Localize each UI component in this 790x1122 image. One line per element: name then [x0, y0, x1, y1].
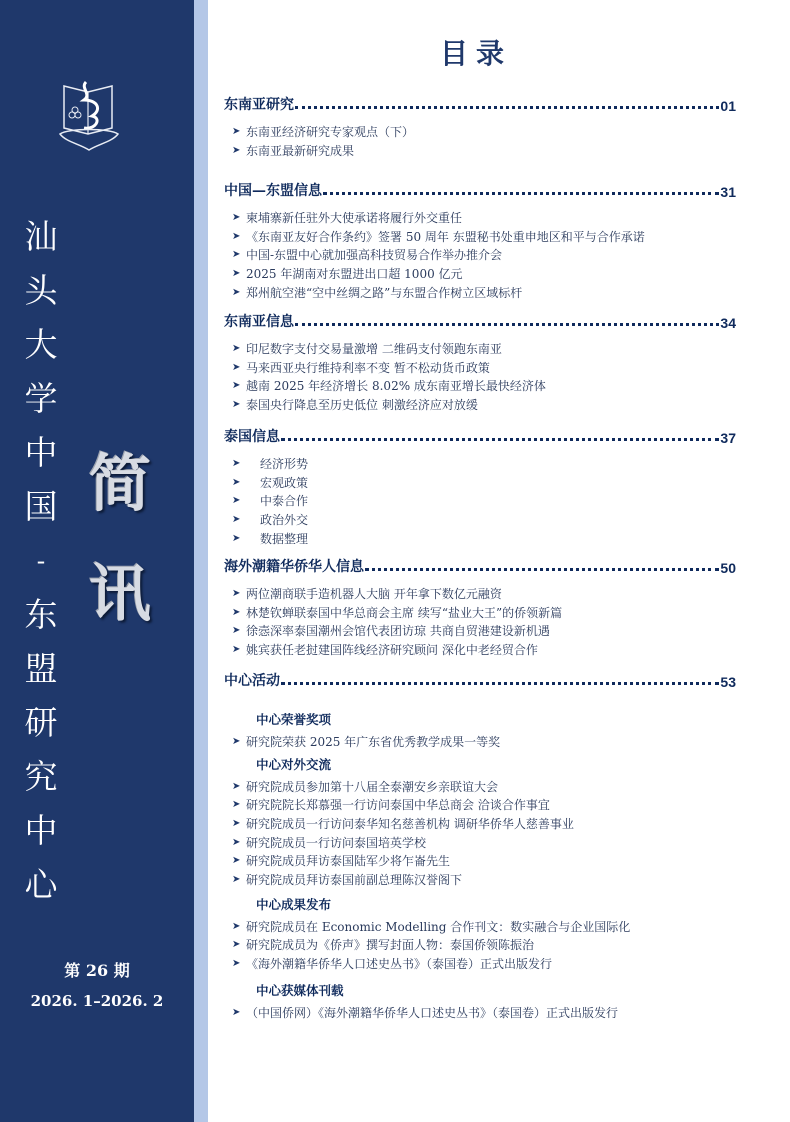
toc-item-label: 2025 年湖南对东盟进出口超 1000 亿元	[246, 265, 463, 282]
toc-item-label: 政治外交	[260, 511, 308, 528]
toc-item-label: 中泰合作	[260, 492, 308, 509]
arrowhead-bullet-icon: ➤	[232, 231, 246, 242]
toc-item-list: ➤（中国侨网）《海外潮籍华侨华人口述史丛书》（泰国卷）正式出版发行	[224, 1003, 736, 1022]
toc-item[interactable]: ➤研究院成员为《侨声》撰写封面人物：泰国侨领陈振治	[224, 936, 736, 955]
arrowhead-bullet-icon: ➤	[232, 855, 246, 866]
arrowhead-bullet-icon: ➤	[232, 644, 246, 655]
toc-item[interactable]: ➤马来西亚央行维持利率不变 暂不松动货币政策	[224, 358, 736, 377]
toc-item[interactable]: ➤印尼数字支付交易量激增 二维码支付领跑东南亚	[224, 339, 736, 358]
toc-item-label: 《东南亚友好合作条约》签署 50 周年 东盟秘书处重申地区和平与合作承诺	[246, 228, 645, 245]
toc-section-heading[interactable]: 中国—东盟信息31	[224, 180, 736, 200]
leader-dots	[281, 682, 719, 685]
vertical-char: 东	[25, 588, 58, 642]
toc-section-heading[interactable]: 中心活动53	[224, 670, 736, 690]
brief-char: 简	[89, 452, 151, 562]
toc-section: 泰国信息37➤经济形势➤宏观政策➤中泰合作➤政治外交➤数据整理	[224, 426, 736, 547]
vertical-char: 中	[25, 426, 58, 480]
toc-item-label: 研究院成员一行访问泰国培英学校	[246, 834, 426, 851]
toc-item-label: 研究院成员为《侨声》撰写封面人物：泰国侨领陈振治	[246, 936, 534, 953]
toc-item[interactable]: ➤宏观政策	[224, 473, 736, 492]
section-title: 东南亚研究	[224, 94, 294, 114]
vertical-char: 研	[25, 696, 58, 750]
university-crest-icon	[58, 78, 120, 152]
toc-item[interactable]: ➤经济形势	[224, 454, 736, 473]
arrowhead-bullet-icon: ➤	[232, 495, 260, 506]
section-title: 泰国信息	[224, 426, 280, 446]
toc-item-list: ➤两位潮商联手造机器人大脑 开年拿下数亿元融资➤林楚钦蝉联泰国中华总商会主席 续…	[224, 584, 736, 659]
toc-item[interactable]: ➤越南 2025 年经济增长 8.02% 成东南亚增长最快经济体	[224, 376, 736, 395]
leader-dots	[365, 568, 719, 571]
issue-date-range: 2026. 1–2026. 2	[0, 992, 194, 1010]
brief-char: 讯	[89, 562, 151, 672]
toc-item-label: 中国-东盟中心就加强高科技贸易合作举办推介会	[246, 246, 502, 263]
arrowhead-bullet-icon: ➤	[232, 145, 246, 156]
toc-item[interactable]: ➤研究院成员拜访泰国前副总理陈汉誉阁下	[224, 870, 736, 889]
arrowhead-bullet-icon: ➤	[232, 1007, 246, 1018]
toc-item-list: ➤柬埔寨新任驻外大使承诺将履行外交重任➤《东南亚友好合作条约》签署 50 周年 …	[224, 208, 736, 301]
leader-dots	[295, 323, 719, 326]
vertical-center-name: 汕 头 大 学 中 国 - 东 盟 研 究 中 心	[20, 210, 62, 912]
toc-item[interactable]: ➤东南亚经济研究专家观点（下）	[224, 122, 736, 141]
toc-item-list: ➤东南亚经济研究专家观点（下）➤东南亚最新研究成果	[224, 122, 736, 159]
toc-item-label: 徐悫深率泰国潮州会馆代表团访琼 共商自贸港建设新机遇	[246, 622, 550, 639]
toc-item-label: 研究院院长郑慕强一行访问泰国中华总商会 洽谈合作事宜	[246, 796, 550, 813]
toc-item[interactable]: ➤《海外潮籍华侨华人口述史丛书》（泰国卷）正式出版发行	[224, 954, 736, 973]
toc-section: 海外潮籍华侨华人信息50➤两位潮商联手造机器人大脑 开年拿下数亿元融资➤林楚钦蝉…	[224, 556, 736, 659]
arrowhead-bullet-icon: ➤	[232, 126, 246, 137]
arrowhead-bullet-icon: ➤	[232, 212, 246, 223]
vertical-char: 国	[25, 480, 58, 534]
arrowhead-bullet-icon: ➤	[232, 268, 246, 279]
toc-item[interactable]: ➤研究院成员一行访问泰华知名慈善机构 调研华侨华人慈善事业	[224, 814, 736, 833]
vertical-char: 大	[25, 318, 58, 372]
page-number: 34	[720, 315, 736, 331]
toc-section-heading[interactable]: 东南亚信息34	[224, 311, 736, 331]
toc-section: 中心活动53中心荣誉奖项➤研究院荣获 2025 年广东省优秀教学成果一等奖中心对…	[224, 670, 736, 1022]
toc-title: 目录	[440, 32, 512, 72]
arrowhead-bullet-icon: ➤	[232, 736, 246, 747]
vertical-char: 中	[25, 804, 58, 858]
vertical-char: 汕	[25, 210, 58, 264]
toc-item[interactable]: ➤中泰合作	[224, 491, 736, 510]
arrowhead-bullet-icon: ➤	[232, 818, 246, 829]
toc-item[interactable]: ➤研究院成员一行访问泰国培英学校	[224, 833, 736, 852]
toc-item[interactable]: ➤姚宾获任老挝建国阵线经济研究顾问 深化中老经贸合作	[224, 640, 736, 659]
arrowhead-bullet-icon: ➤	[232, 287, 246, 298]
section-title: 中心活动	[224, 670, 280, 690]
toc-item-label: 宏观政策	[260, 474, 308, 491]
toc-item[interactable]: ➤研究院成员拜访泰国陆军少将乍崙先生	[224, 851, 736, 870]
toc-item[interactable]: ➤（中国侨网）《海外潮籍华侨华人口述史丛书》（泰国卷）正式出版发行	[224, 1003, 736, 1022]
toc-item[interactable]: ➤数据整理	[224, 529, 736, 548]
toc-item[interactable]: ➤两位潮商联手造机器人大脑 开年拿下数亿元融资	[224, 584, 736, 603]
toc-item-label: 研究院成员参加第十八届全泰潮安乡亲联谊大会	[246, 778, 498, 795]
toc-item[interactable]: ➤东南亚最新研究成果	[224, 141, 736, 160]
page-number: 31	[720, 184, 736, 200]
arrowhead-bullet-icon: ➤	[232, 533, 260, 544]
toc-section-heading[interactable]: 海外潮籍华侨华人信息50	[224, 556, 736, 576]
page-number: 01	[720, 98, 736, 114]
toc-item-label: 东南亚最新研究成果	[246, 142, 354, 159]
arrowhead-bullet-icon: ➤	[232, 607, 246, 618]
toc-item-label: 柬埔寨新任驻外大使承诺将履行外交重任	[246, 209, 462, 226]
toc-item-label: 越南 2025 年经济增长 8.02% 成东南亚增长最快经济体	[246, 377, 546, 394]
toc-item-label: （中国侨网）《海外潮籍华侨华人口述史丛书》（泰国卷）正式出版发行	[246, 1004, 618, 1021]
arrowhead-bullet-icon: ➤	[232, 939, 246, 950]
arrowhead-bullet-icon: ➤	[232, 458, 260, 469]
toc-section: 中国—东盟信息31➤柬埔寨新任驻外大使承诺将履行外交重任➤《东南亚友好合作条约》…	[224, 180, 736, 301]
vertical-char: 头	[25, 264, 58, 318]
arrowhead-bullet-icon: ➤	[232, 625, 246, 636]
toc-item[interactable]: ➤郑州航空港“空中丝绸之路”与东盟合作树立区域标杆	[224, 283, 736, 302]
toc-item[interactable]: ➤研究院荣获 2025 年广东省优秀教学成果一等奖	[224, 732, 736, 751]
arrowhead-bullet-icon: ➤	[232, 362, 246, 373]
arrowhead-bullet-icon: ➤	[232, 249, 246, 260]
vertical-char: 学	[25, 372, 58, 426]
toc-item[interactable]: ➤研究院成员在 Economic Modelling 合作刊文：数实融合与企业国…	[224, 917, 736, 936]
page-number: 37	[720, 430, 736, 446]
arrowhead-bullet-icon: ➤	[232, 343, 246, 354]
toc-section: 东南亚研究01➤东南亚经济研究专家观点（下）➤东南亚最新研究成果	[224, 94, 736, 159]
toc-item-label: 郑州航空港“空中丝绸之路”与东盟合作树立区域标杆	[246, 284, 522, 301]
arrowhead-bullet-icon: ➤	[232, 837, 246, 848]
toc-item-list: ➤研究院成员参加第十八届全泰潮安乡亲联谊大会➤研究院院长郑慕强一行访问泰国中华总…	[224, 777, 736, 889]
toc-item[interactable]: ➤政治外交	[224, 510, 736, 529]
vertical-char: 究	[25, 750, 58, 804]
toc-section-heading[interactable]: 泰国信息37	[224, 426, 736, 446]
toc-item-label: 姚宾获任老挝建国阵线经济研究顾问 深化中老经贸合作	[246, 641, 538, 658]
toc-item-label: 研究院成员一行访问泰华知名慈善机构 调研华侨华人慈善事业	[246, 815, 574, 832]
toc-item[interactable]: ➤泰国央行降息至历史低位 刺激经济应对放缓	[224, 395, 736, 414]
brief-title: 简 讯	[80, 452, 160, 672]
toc-item[interactable]: ➤柬埔寨新任驻外大使承诺将履行外交重任	[224, 208, 736, 227]
toc-item-list: ➤研究院荣获 2025 年广东省优秀教学成果一等奖	[224, 732, 736, 751]
toc-item-label: 数据整理	[260, 530, 308, 547]
toc-item-label: 两位潮商联手造机器人大脑 开年拿下数亿元融资	[246, 585, 502, 602]
page-number: 50	[720, 560, 736, 576]
toc-subsection-heading: 中心获媒体刊载	[224, 981, 736, 1001]
toc-item-label: 印尼数字支付交易量激增 二维码支付领跑东南亚	[246, 340, 502, 357]
toc-item-label: 东南亚经济研究专家观点（下）	[246, 123, 414, 140]
arrowhead-bullet-icon: ➤	[232, 399, 246, 410]
toc-item-label: 研究院荣获 2025 年广东省优秀教学成果一等奖	[246, 733, 500, 750]
leader-dots	[281, 438, 719, 441]
toc-item-list: ➤研究院成员在 Economic Modelling 合作刊文：数实融合与企业国…	[224, 917, 736, 973]
leader-dots	[295, 106, 719, 109]
toc-item[interactable]: ➤2025 年湖南对东盟进出口超 1000 亿元	[224, 264, 736, 283]
accent-stripe	[194, 0, 208, 1122]
toc-item[interactable]: ➤研究院成员参加第十八届全泰潮安乡亲联谊大会	[224, 777, 736, 796]
toc-item[interactable]: ➤《东南亚友好合作条约》签署 50 周年 东盟秘书处重申地区和平与合作承诺	[224, 227, 736, 246]
toc-item-label: 泰国央行降息至历史低位 刺激经济应对放缓	[246, 396, 478, 413]
leader-dots	[323, 192, 719, 195]
toc-item[interactable]: ➤研究院院长郑慕强一行访问泰国中华总商会 洽谈合作事宜	[224, 795, 736, 814]
toc-subsection-heading: 中心荣誉奖项	[224, 710, 736, 730]
vertical-char: 盟	[25, 642, 58, 696]
vertical-char: 心	[25, 858, 58, 912]
toc-item-label: 研究院成员拜访泰国陆军少将乍崙先生	[246, 852, 450, 869]
toc-item-label: 林楚钦蝉联泰国中华总商会主席 续写“盐业大王”的侨领新篇	[246, 604, 562, 621]
arrowhead-bullet-icon: ➤	[232, 514, 260, 525]
arrowhead-bullet-icon: ➤	[232, 477, 260, 488]
toc-item-label: 研究院成员在 Economic Modelling 合作刊文：数实融合与企业国际…	[246, 918, 630, 935]
toc-subsection-heading: 中心对外交流	[224, 755, 736, 775]
toc-item[interactable]: ➤徐悫深率泰国潮州会馆代表团访琼 共商自贸港建设新机遇	[224, 621, 736, 640]
toc-item-label: 研究院成员拜访泰国前副总理陈汉誉阁下	[246, 871, 462, 888]
arrowhead-bullet-icon: ➤	[232, 874, 246, 885]
arrowhead-bullet-icon: ➤	[232, 588, 246, 599]
arrowhead-bullet-icon: ➤	[232, 958, 246, 969]
toc-section-heading[interactable]: 东南亚研究01	[224, 94, 736, 114]
arrowhead-bullet-icon: ➤	[232, 380, 246, 391]
arrowhead-bullet-icon: ➤	[232, 799, 246, 810]
toc-item-list: ➤经济形势➤宏观政策➤中泰合作➤政治外交➤数据整理	[224, 454, 736, 547]
toc-section: 东南亚信息34➤印尼数字支付交易量激增 二维码支付领跑东南亚➤马来西亚央行维持利…	[224, 311, 736, 414]
vertical-char: -	[37, 534, 46, 588]
toc-item-list: ➤印尼数字支付交易量激增 二维码支付领跑东南亚➤马来西亚央行维持利率不变 暂不松…	[224, 339, 736, 414]
page-number: 53	[720, 674, 736, 690]
arrowhead-bullet-icon: ➤	[232, 781, 246, 792]
section-title: 中国—东盟信息	[224, 180, 322, 200]
toc-item-label: 《海外潮籍华侨华人口述史丛书》（泰国卷）正式出版发行	[246, 955, 552, 972]
issue-number: 第 26 期	[0, 958, 194, 981]
toc-item[interactable]: ➤中国-东盟中心就加强高科技贸易合作举办推介会	[224, 245, 736, 264]
toc-item[interactable]: ➤林楚钦蝉联泰国中华总商会主席 续写“盐业大王”的侨领新篇	[224, 603, 736, 622]
arrowhead-bullet-icon: ➤	[232, 921, 246, 932]
section-title: 东南亚信息	[224, 311, 294, 331]
toc-item-label: 经济形势	[260, 455, 308, 472]
toc-item-label: 马来西亚央行维持利率不变 暂不松动货币政策	[246, 359, 490, 376]
section-title: 海外潮籍华侨华人信息	[224, 556, 364, 576]
toc-subsection-heading: 中心成果发布	[224, 895, 736, 915]
